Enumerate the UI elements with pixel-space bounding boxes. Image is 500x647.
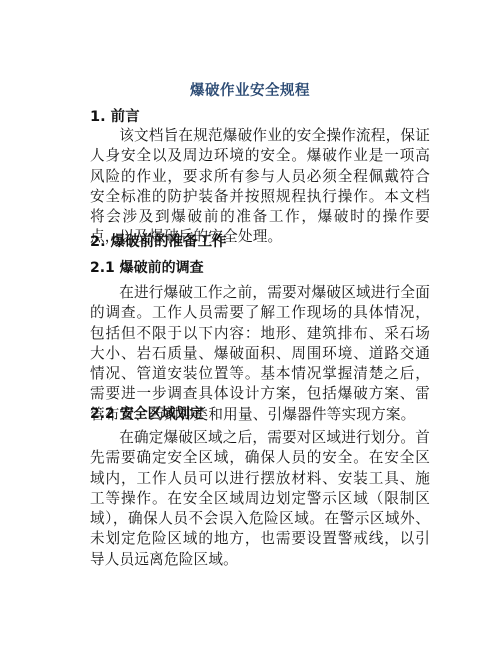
paragraph-safety-zone: 在确定爆破区域之后，需要对区域进行划分。首先需要确定安全区域，确保人员的安全。在… xyxy=(90,428,430,570)
subsection-heading-survey: 2.1 爆破前的调查 xyxy=(90,257,204,277)
document-title: 爆破作业安全规程 xyxy=(0,79,500,100)
section-heading-preface: 1. 前言 xyxy=(90,105,140,126)
subsection-heading-safety-zone: 2.2 安全区域划定 xyxy=(90,403,204,423)
section-heading-preparation: 2. 爆破前的准备工作 xyxy=(90,230,227,251)
